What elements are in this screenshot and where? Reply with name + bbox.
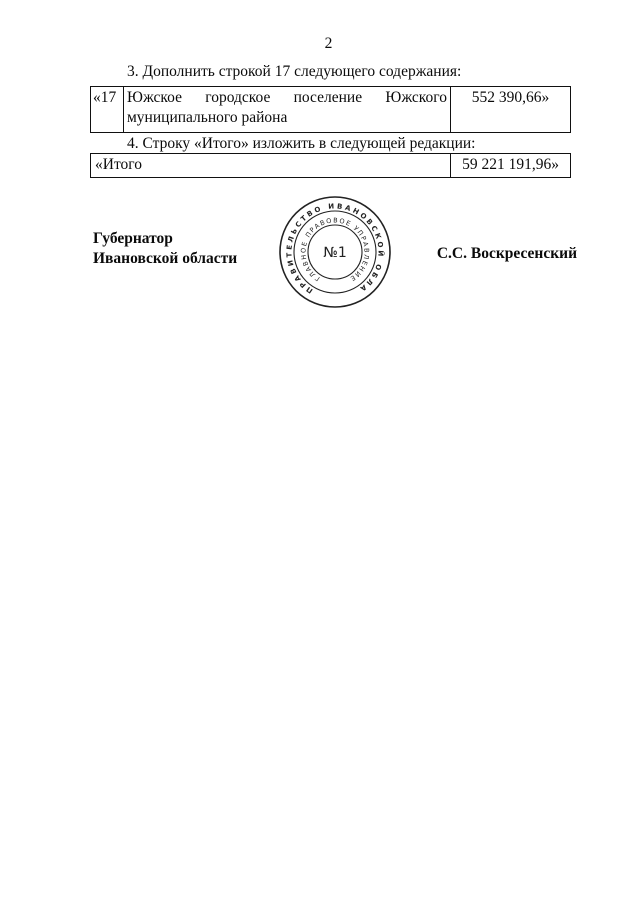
amount-cell: 552 390,66» <box>451 87 571 133</box>
signatory-name: С.С. Воскресенский <box>417 244 577 264</box>
total-label-cell: «Итого <box>91 154 451 178</box>
table-row: «17 Южское городское поселение Южского м… <box>91 87 571 133</box>
row-number-cell: «17 <box>91 87 124 133</box>
page-number: 2 <box>90 34 567 54</box>
signature-title-line2: Ивановской области <box>93 249 293 269</box>
official-stamp: ПРАВИТЕЛЬСТВО ИВАНОВСКОЙ ОБЛАСТИ ГЛАВНОЕ… <box>275 192 395 312</box>
clause-4-heading: 4. Строку «Итого» изложить в следующей р… <box>90 134 580 154</box>
totals-table: «Итого 59 221 191,96» <box>90 153 571 178</box>
stamp-number: №1 <box>323 245 346 261</box>
signature-title: Губернатор Ивановской области <box>93 229 293 269</box>
stamp-seal-icon: ПРАВИТЕЛЬСТВО ИВАНОВСКОЙ ОБЛАСТИ ГЛАВНОЕ… <box>275 192 395 312</box>
total-amount-cell: 59 221 191,96» <box>451 154 571 178</box>
clause-3-heading: 3. Дополнить строкой 17 следующего содер… <box>90 62 580 82</box>
settlement-name-cell: Южское городское поселение Южского муниц… <box>124 87 451 133</box>
signature-title-line1: Губернатор <box>93 229 293 249</box>
amendment-row-table: «17 Южское городское поселение Южского м… <box>90 86 571 133</box>
table-row: «Итого 59 221 191,96» <box>91 154 571 178</box>
